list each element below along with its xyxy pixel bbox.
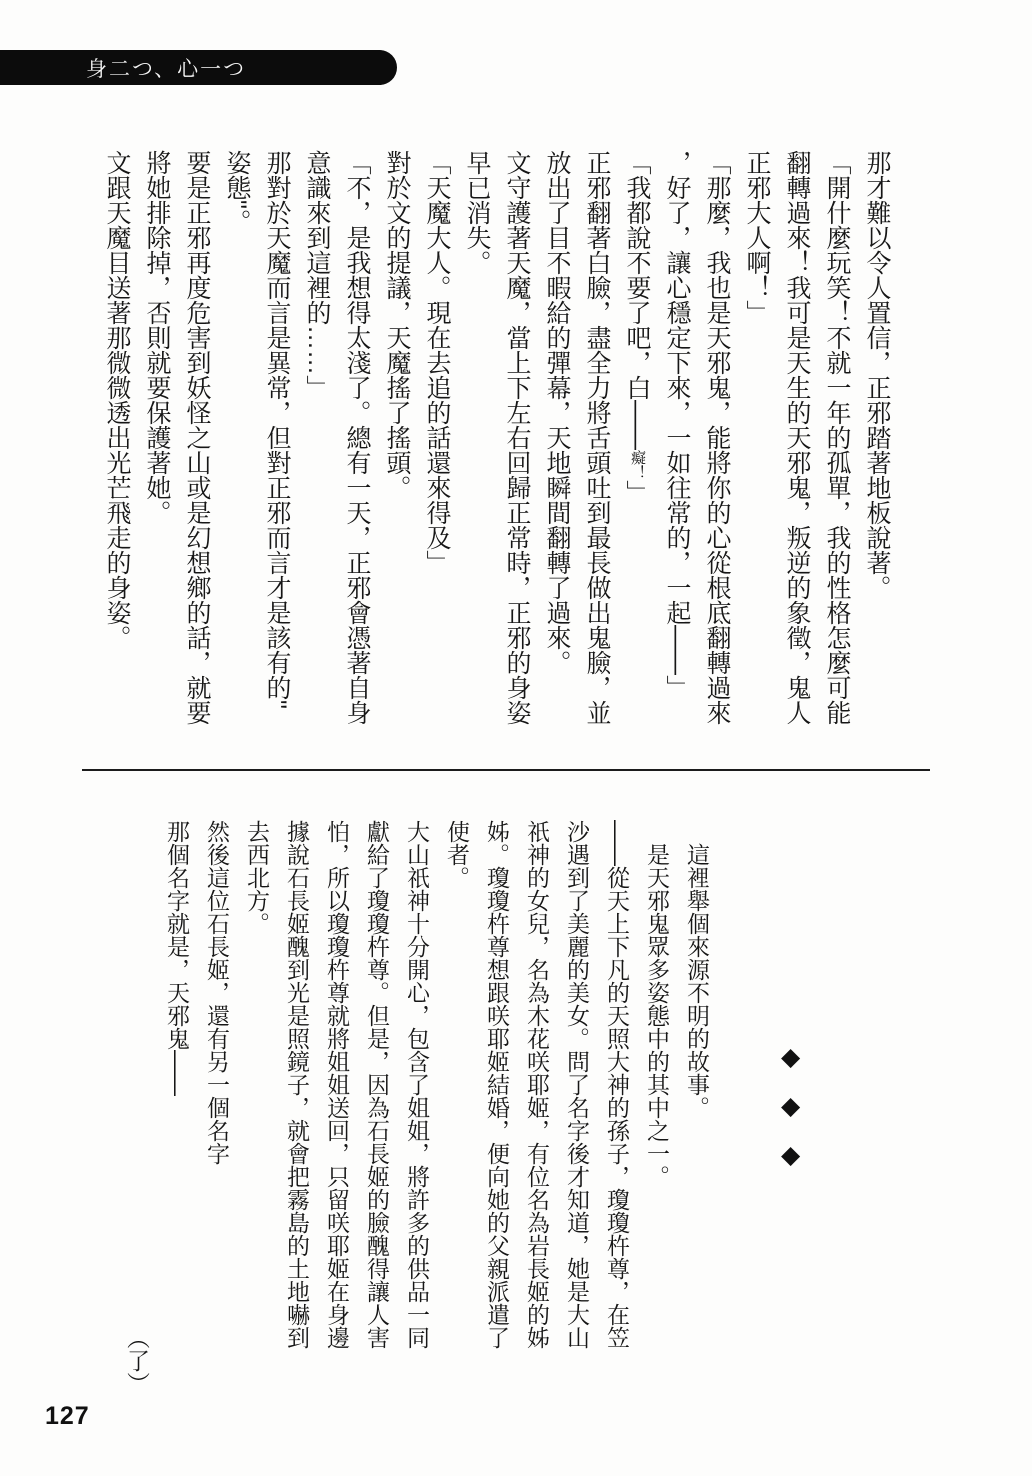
chapter-header-bar: 身二つ、心一つ xyxy=(0,50,397,85)
text-column: 那才難以令人置信，正邪踏著地板說著。 xyxy=(857,150,897,768)
text-column: 「開什麼玩笑！不就一年的孤單，我的性格怎麼可能 xyxy=(817,150,857,768)
text-column: 正邪翻著白臉，盡全力將舌頭吐到最長做出鬼臉，並 xyxy=(577,150,617,768)
text-column: 要是正邪再度危害到妖怪之山或是幻想鄉的話，就要 xyxy=(177,150,217,768)
text-run: 「我都說不要了吧，白—— xyxy=(623,150,651,450)
text-column: 早已消失。 xyxy=(457,150,497,768)
text-column: 姊。瓊瓊杵尊想跟咲耶姬結婚，便向她的父親派遣了 xyxy=(477,820,517,1395)
text-column: 「天魔大人。現在去追的話還來得及」 xyxy=(417,150,457,768)
text-column: 對於文的提議，天魔搖了搖頭。 xyxy=(377,150,417,768)
diamond-icon: ◆ xyxy=(781,1091,800,1121)
diamond-icon: ◆ xyxy=(781,1140,800,1170)
text-column: 然後這位石長姬，還有另一個名字 xyxy=(197,820,237,1395)
text-column: 這裡舉個來源不明的故事。 xyxy=(677,820,717,1395)
text-column: 文守護著天魔，當上下左右回歸正常時，正邪的身姿 xyxy=(497,150,537,768)
text-column: 翻轉過來！我可是天生的天邪鬼，叛逆的象徵，鬼人 xyxy=(777,150,817,768)
text-column: 姿態"。 xyxy=(217,150,257,768)
text-column: 大山祇神十分開心，包含了姐姐，將許多的供品一同 xyxy=(397,820,437,1395)
text-column: 意識來到這裡的……」 xyxy=(297,150,337,768)
text-column: 怕，所以瓊瓊杵尊就將姐姐送回，只留咲耶姬在身邊 xyxy=(317,820,357,1395)
text-run: 」 xyxy=(623,480,651,505)
text-column: ，好了，讓心穩定下來，一如往常的，一起——」 xyxy=(657,150,697,768)
text-column: 「那麼，我也是天邪鬼，能將你的心從根底翻轉過來 xyxy=(697,150,737,768)
story-text-bottom: 這裡舉個來源不明的故事。 是天邪鬼眾多姿態中的其中之一。 ——從天上下凡的天照大… xyxy=(117,820,717,1395)
story-end-mark: （了） xyxy=(117,820,157,1395)
small-text-run: 癡！ xyxy=(629,450,646,480)
text-column: 使者。 xyxy=(437,820,477,1395)
story-text-top: 那才難以令人置信，正邪踏著地板說著。 「開什麼玩笑！不就一年的孤單，我的性格怎麼… xyxy=(97,150,897,768)
text-column: 「我都說不要了吧，白——癡！」 xyxy=(617,150,657,768)
text-column: 去西北方。 xyxy=(237,820,277,1395)
text-column: 祇神的女兒，名為木花咲耶姬，有位名為岩長姬的姊 xyxy=(517,820,557,1395)
section-divider xyxy=(82,769,930,771)
text-column: 文跟天魔目送著那微微透出光芒飛走的身姿。 xyxy=(97,150,137,768)
page-number: 127 xyxy=(45,1402,90,1431)
text-column: ——從天上下凡的天照大神的孫子，瓊瓊杵尊，在笠 xyxy=(597,820,637,1395)
text-column: 獻給了瓊瓊杵尊。但是，因為石長姬的臉醜得讓人害 xyxy=(357,820,397,1395)
text-column: 正邪大人啊！」 xyxy=(737,150,777,768)
text-column: 據說石長姬醜到光是照鏡子，就會把霧島的土地嚇到 xyxy=(277,820,317,1395)
text-column: 那對於天魔而言是異常，但對正邪而言才是該有的" xyxy=(257,150,297,768)
text-column: 沙遇到了美麗的美女。問了名字後才知道，她是大山 xyxy=(557,820,597,1395)
book-page: 身二つ、心一つ 那才難以令人置信，正邪踏著地板說著。 「開什麼玩笑！不就一年的孤… xyxy=(0,0,1032,1476)
text-column: 那個名字就是，天邪鬼—— xyxy=(157,820,197,1395)
chapter-title: 身二つ、心一つ xyxy=(0,53,246,83)
text-column: 放出了目不暇給的彈幕，天地瞬間翻轉了過來。 xyxy=(537,150,577,768)
text-column: 是天邪鬼眾多姿態中的其中之一。 xyxy=(637,820,677,1395)
text-column: 「不，是我想得太淺了。總有一天，正邪會憑著自身 xyxy=(337,150,377,768)
diamond-icon: ◆ xyxy=(781,1042,800,1072)
section-separator-diamonds: ◆ ◆ ◆ xyxy=(781,1042,800,1170)
text-column: 將她排除掉，否則就要保護著她。 xyxy=(137,150,177,768)
